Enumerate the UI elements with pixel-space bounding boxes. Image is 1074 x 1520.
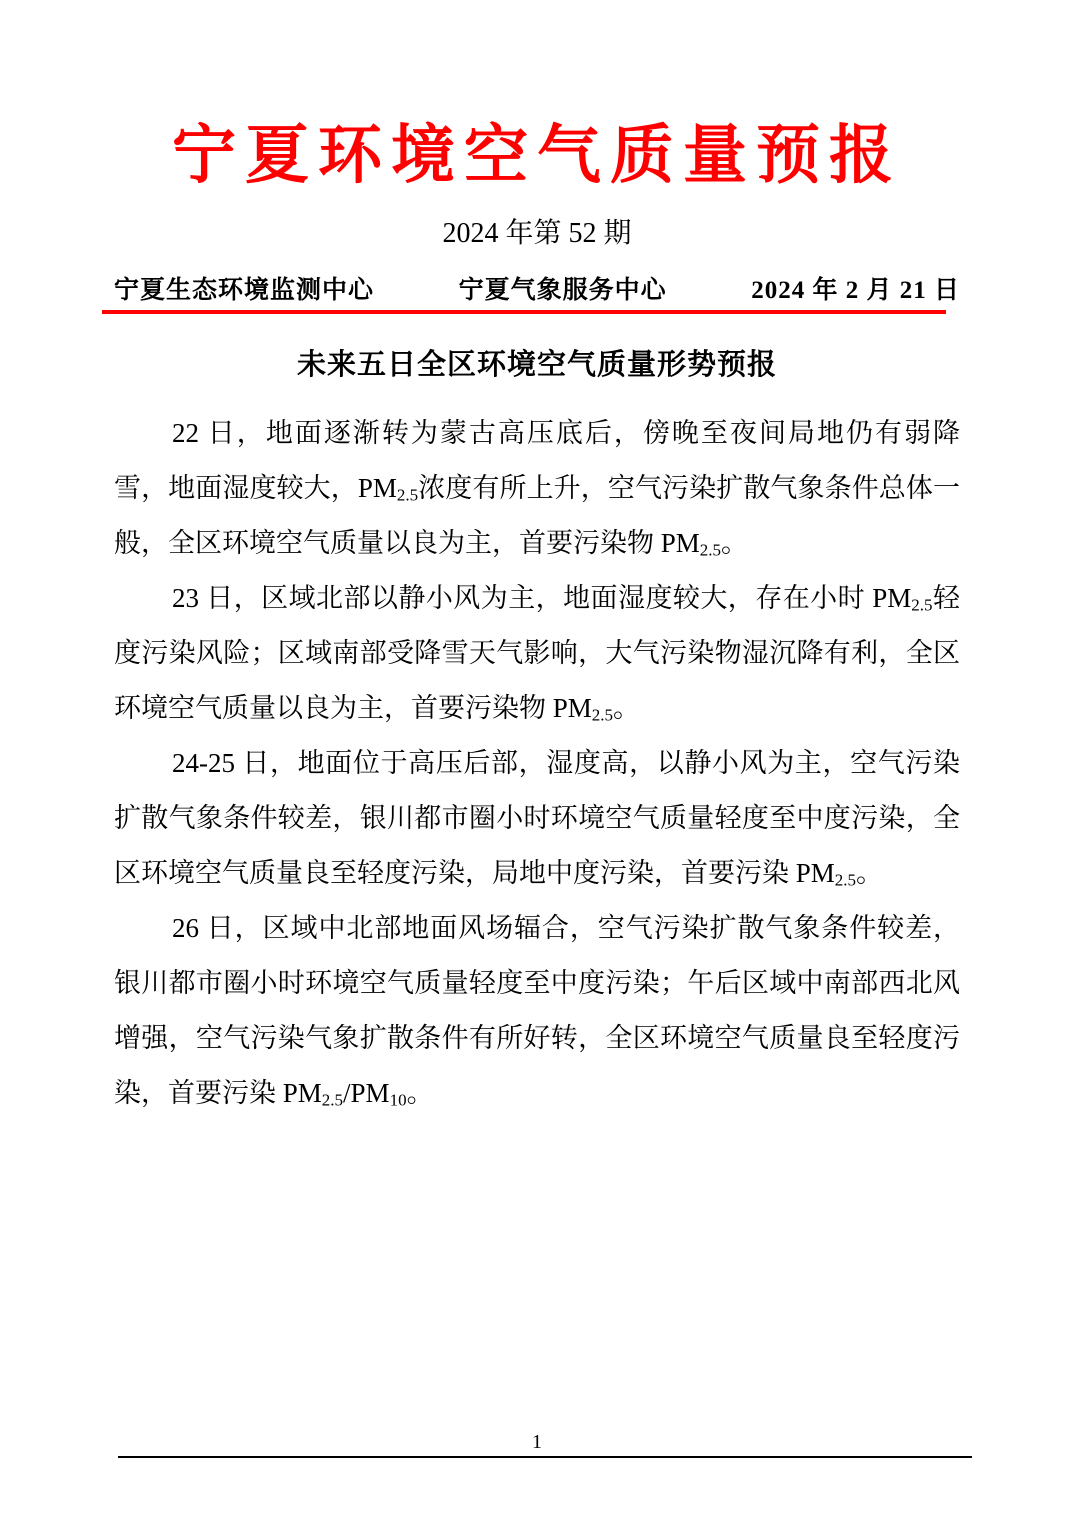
- pm-subscript: 10: [390, 1091, 407, 1110]
- paragraph-text: 26 日，区域中北部地面风场辐合，空气污染扩散气象条件较差，银川都市圈小时环境空…: [114, 913, 960, 1108]
- document-content: 宁夏环境空气质量预报 2024 年第 52 期 宁夏生态环境监测中心 宁夏气象服…: [0, 118, 1074, 1121]
- red-divider: [102, 310, 946, 314]
- pm-subscript: 2.5: [700, 541, 721, 560]
- pm-subscript: 2.5: [397, 486, 418, 505]
- issue-number: 2024 年第 52 期: [114, 214, 960, 254]
- pm-subscript: 2.5: [322, 1091, 343, 1110]
- paragraph-text: 。: [721, 528, 748, 558]
- paragraph-text: 。: [613, 693, 640, 723]
- header-org-middle: 宁夏气象服务中心: [459, 273, 667, 307]
- header-org-left: 宁夏生态环境监测中心: [114, 273, 374, 307]
- paragraph-text: 。: [407, 1078, 434, 1108]
- pm-subscript: 2.5: [911, 596, 932, 615]
- body-paragraph: 26 日，区域中北部地面风场辐合，空气污染扩散气象条件较差，银川都市圈小时环境空…: [114, 901, 960, 1121]
- paragraph-text: /PM: [343, 1078, 390, 1108]
- body-paragraph: 23 日，区域北部以静小风为主，地面湿度较大，存在小时 PM2.5轻度污染风险；…: [114, 571, 960, 736]
- header-row: 宁夏生态环境监测中心 宁夏气象服务中心 2024 年 2 月 21 日: [114, 273, 960, 308]
- header-date: 2024 年 2 月 21 日: [751, 274, 960, 308]
- pm-subscript: 2.5: [592, 706, 613, 725]
- paragraph-text: 23 日，区域北部以静小风为主，地面湿度较大，存在小时 PM: [172, 583, 911, 613]
- document-page: 宁夏环境空气质量预报 2024 年第 52 期 宁夏生态环境监测中心 宁夏气象服…: [0, 0, 1074, 1520]
- document-title: 宁夏环境空气质量预报: [114, 118, 960, 194]
- body-paragraph: 22 日，地面逐渐转为蒙古高压底后，傍晚至夜间局地仍有弱降雪，地面湿度较大，PM…: [114, 406, 960, 571]
- body-paragraphs: 22 日，地面逐渐转为蒙古高压底后，傍晚至夜间局地仍有弱降雪，地面湿度较大，PM…: [114, 406, 960, 1121]
- body-paragraph: 24-25 日，地面位于高压后部，湿度高，以静小风为主，空气污染扩散气象条件较差…: [114, 736, 960, 901]
- page-number: 1: [0, 1428, 1074, 1456]
- pm-subscript: 2.5: [835, 871, 856, 890]
- paragraph-text: 。: [856, 858, 883, 888]
- paragraph-text: 24-25 日，地面位于高压后部，湿度高，以静小风为主，空气污染扩散气象条件较差…: [114, 748, 960, 888]
- footer-divider: [118, 1456, 972, 1458]
- section-title: 未来五日全区环境空气质量形势预报: [114, 344, 960, 386]
